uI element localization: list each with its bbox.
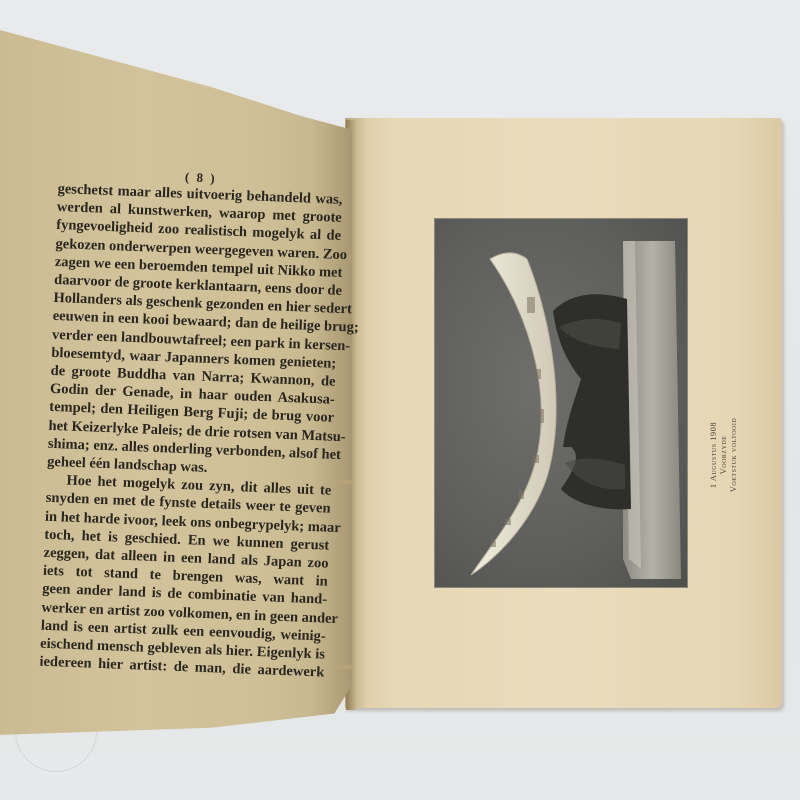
caption-date: 1 Augustus 1908 [708,355,718,555]
caption-status: Voetstuk voltooid [728,355,738,555]
tusk-photograph [434,218,688,588]
ivory-tusk-illustration [435,219,687,587]
body-text: geschetst maar alles uitvoerig behandeld… [39,180,343,682]
binding-stitch [338,665,352,669]
binding-stitch [338,480,352,484]
scene: ( 8 ) geschetst maar alles uitvoerig beh… [0,0,800,800]
caption-side: Voorzyde [718,355,728,555]
